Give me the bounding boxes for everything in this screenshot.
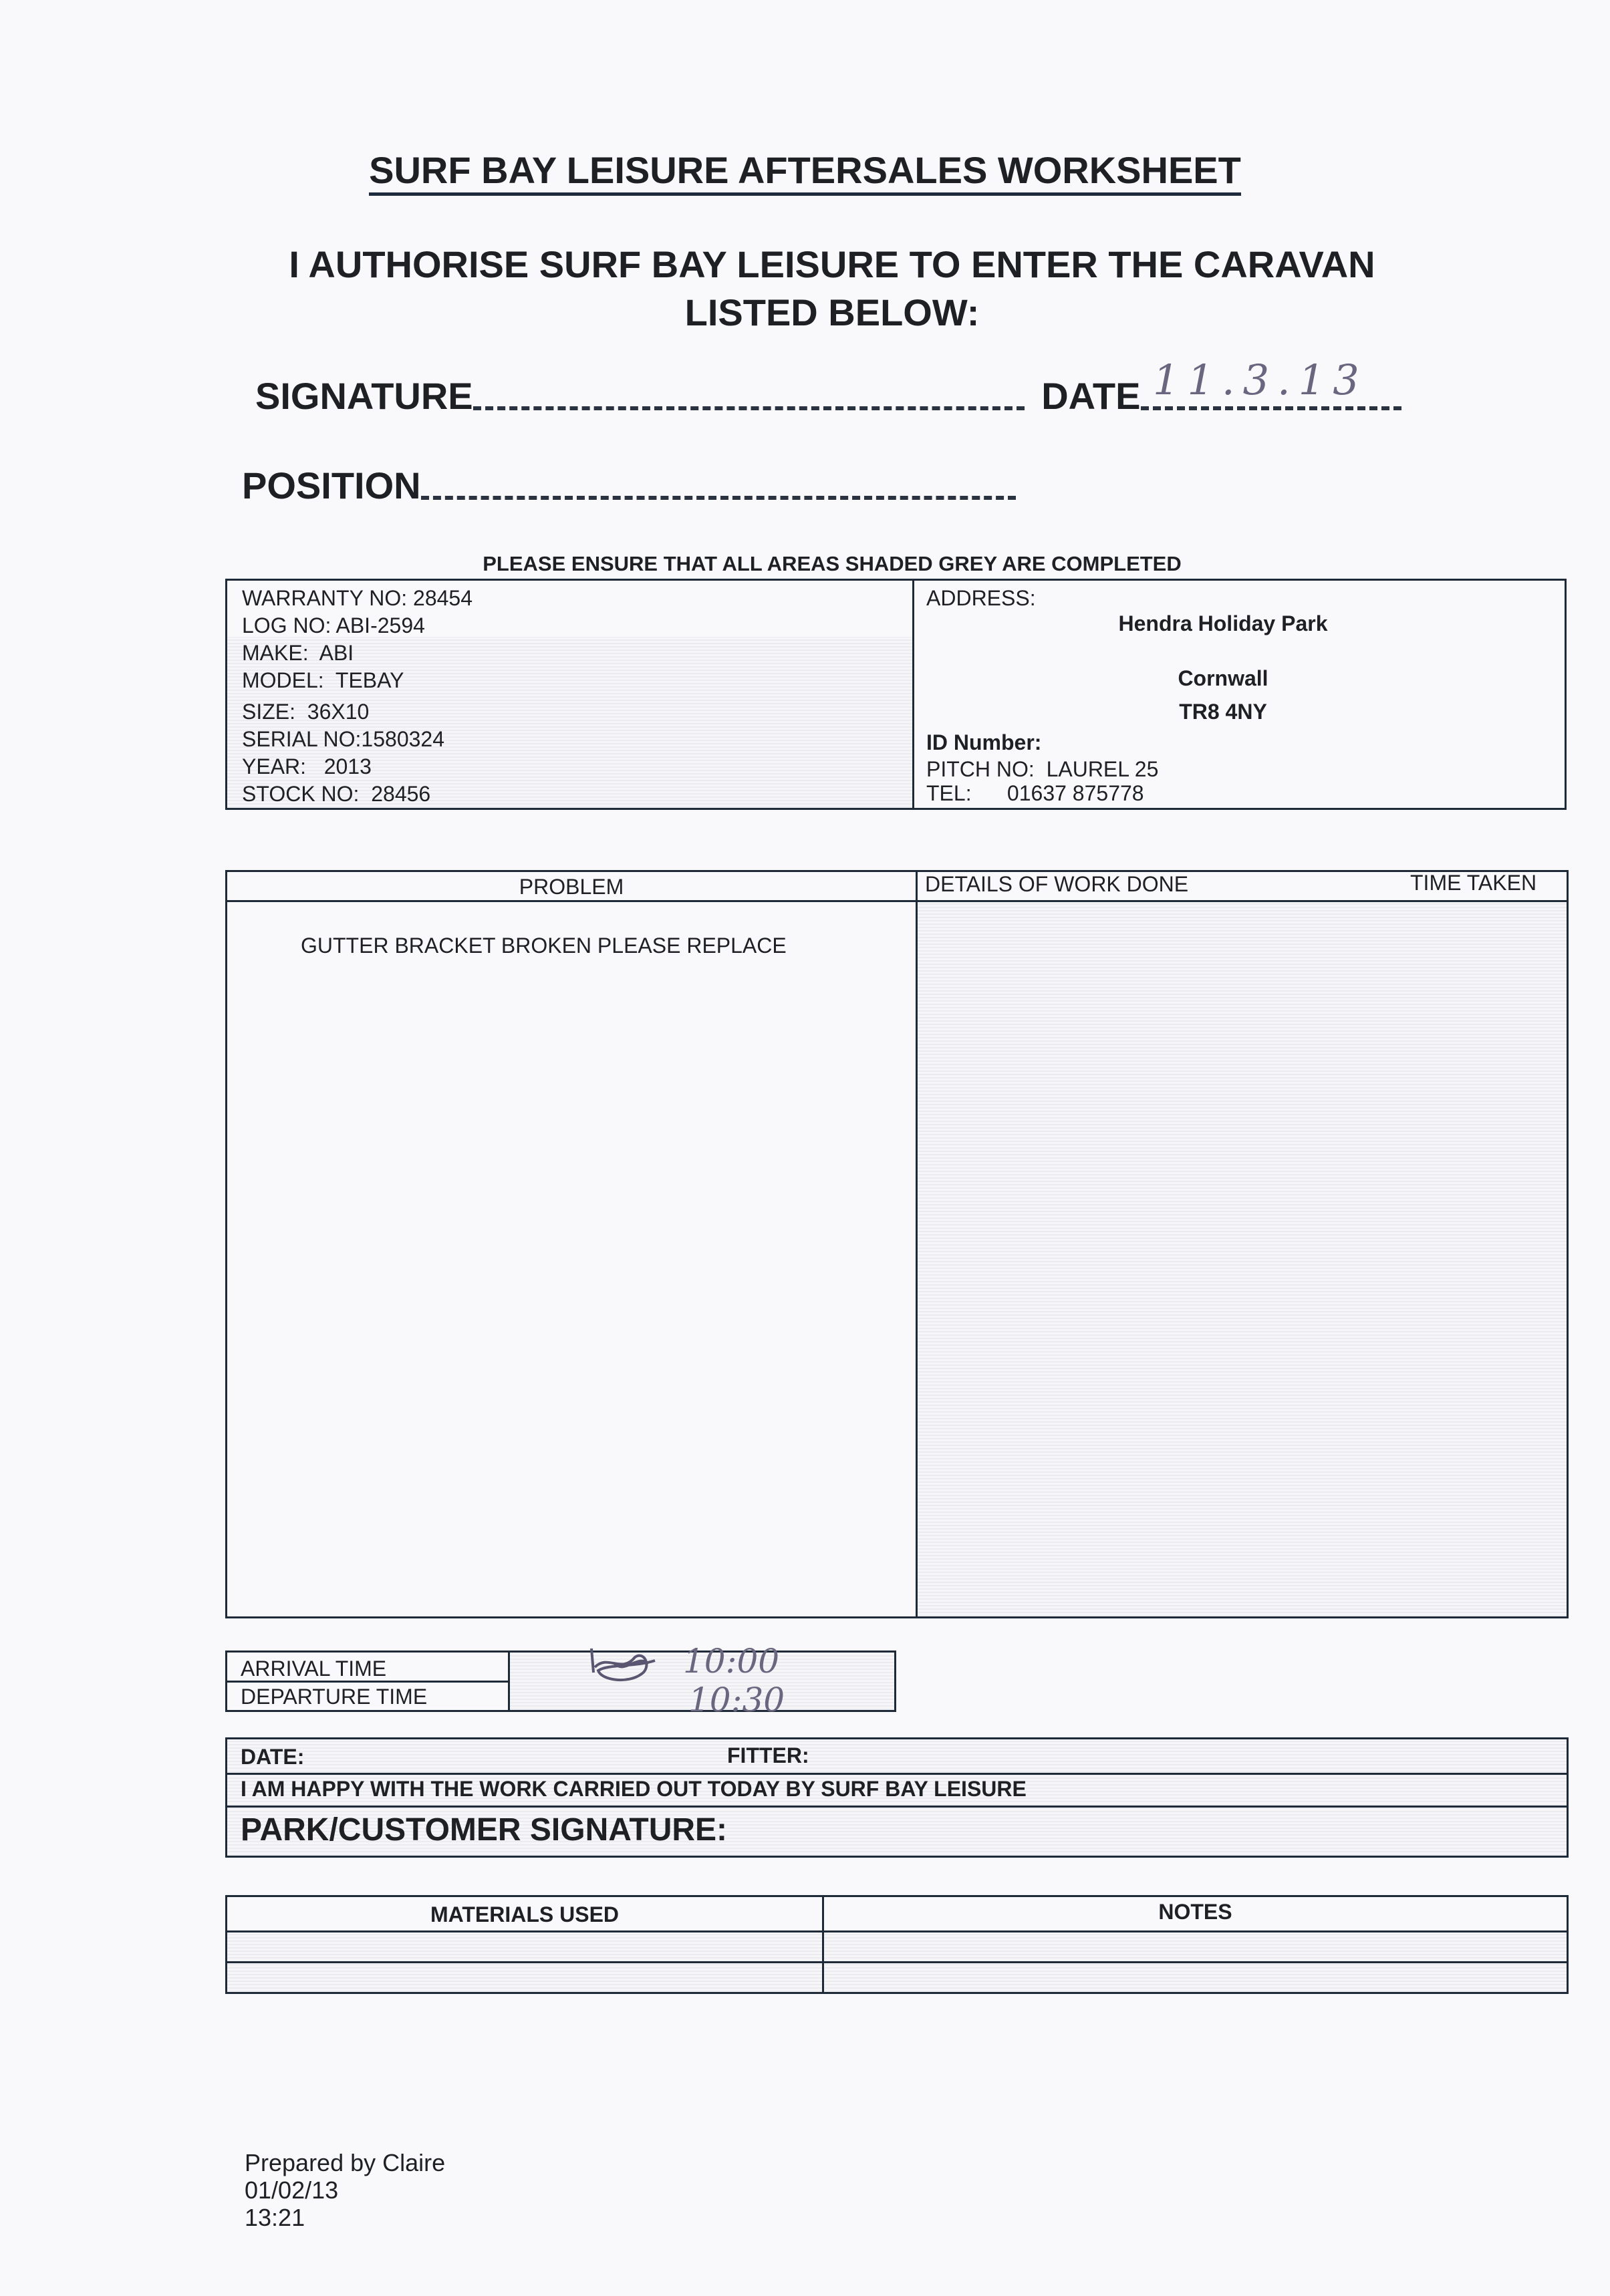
address-postcode: TR8 4NY [1089, 698, 1357, 726]
authorisation-line-1: I AUTHORISE SURF BAY LEISURE TO ENTER TH… [0, 241, 1610, 289]
size[interactable]: SIZE: 36X10 [242, 698, 473, 726]
satisfaction-statement: I AM HAPPY WITH THE WORK CARRIED OUT TOD… [241, 1775, 1027, 1803]
date-handwritten: 11.3.13 [1153, 355, 1367, 404]
notes-header: NOTES [824, 1898, 1567, 1926]
position-field[interactable] [421, 496, 1016, 500]
authorisation-line-2: LISTED BELOW: [0, 289, 1610, 337]
date-field[interactable] [1141, 406, 1401, 410]
problem-text: GUTTER BRACKET BROKEN PLEASE REPLACE [301, 932, 787, 960]
date-label: DATE [1041, 375, 1140, 417]
position-label: POSITION [242, 464, 421, 507]
divider [912, 581, 914, 808]
authorisation-statement: I AUTHORISE SURF BAY LEISURE TO ENTER TH… [0, 241, 1610, 337]
fitter-label[interactable]: FITTER: [727, 1742, 809, 1769]
materials-row-1[interactable] [230, 1933, 818, 1960]
signature-label: SIGNATURE [255, 375, 473, 417]
prepared-by: Prepared by Claire [245, 2149, 445, 2176]
caravan-details-box: WARRANTY NO: 28454 LOG NO: ABI-2594 MAKE… [225, 579, 1567, 810]
crossed-out-scribble [588, 1647, 662, 1681]
signoff-table: DATE: FITTER: I AM HAPPY WITH THE WORK C… [225, 1737, 1569, 1858]
notes-row-2[interactable] [826, 1964, 1561, 1991]
details-header: DETAILS OF WORK DONE [925, 871, 1188, 898]
arrival-time-value[interactable]: 10:00 [683, 1642, 779, 1681]
serial-no[interactable]: SERIAL NO:1580324 [242, 726, 473, 753]
signoff-date-label[interactable]: DATE: [241, 1743, 304, 1771]
prepared-date: 01/02/13 [245, 2176, 445, 2204]
prepared-time: 13:21 [245, 2204, 445, 2231]
warranty-no[interactable]: WARRANTY NO: 28454 [242, 585, 473, 612]
address-label: ADDRESS: [926, 585, 1036, 612]
work-table: PROBLEM DETAILS OF WORK DONE TIME TAKEN … [225, 870, 1569, 1618]
telephone[interactable]: TEL: 01637 875778 [926, 780, 1144, 807]
model[interactable]: MODEL: TEBAY [242, 667, 473, 694]
row-divider [227, 1773, 1567, 1775]
make[interactable]: MAKE: ABI [242, 639, 473, 667]
times-table: ARRIVAL TIME DEPARTURE TIME 10:00 10:30 [225, 1651, 896, 1712]
grey-areas-notice: PLEASE ENSURE THAT ALL AREAS SHADED GREY… [0, 552, 1610, 576]
materials-used-header: MATERIALS USED [227, 1901, 822, 1928]
row-divider [227, 1806, 1567, 1808]
problem-header: PROBLEM [227, 873, 916, 901]
departure-time-value[interactable]: 10:30 [688, 1681, 785, 1719]
arrival-time-label: ARRIVAL TIME [241, 1655, 386, 1683]
materials-row-2[interactable] [230, 1964, 818, 1991]
address-line-2: Cornwall [1089, 665, 1357, 692]
year[interactable]: YEAR: 2013 [242, 753, 473, 780]
signature-field[interactable] [473, 406, 1025, 410]
caravan-fields: WARRANTY NO: 28454 LOG NO: ABI-2594 MAKE… [242, 585, 473, 808]
notes-row-1[interactable] [826, 1933, 1561, 1960]
work-details-field[interactable] [918, 902, 1567, 1616]
id-number-label: ID Number: [926, 729, 1041, 756]
stock-no[interactable]: STOCK NO: 28456 [242, 780, 473, 808]
footer: Prepared by Claire 01/02/13 13:21 [245, 2149, 445, 2231]
materials-notes-table: MATERIALS USED NOTES [225, 1895, 1569, 1994]
position-row: POSITION [242, 464, 1016, 507]
log-no[interactable]: LOG NO: ABI-2594 [242, 612, 473, 639]
worksheet-title-text: SURF BAY LEISURE AFTERSALES WORKSHEET [369, 149, 1241, 196]
customer-signature-label[interactable]: PARK/CUSTOMER SIGNATURE: [241, 1812, 727, 1849]
time-taken-header: TIME TAKEN [1410, 869, 1536, 897]
address-line-1: Hendra Holiday Park [1089, 610, 1357, 637]
worksheet-title: SURF BAY LEISURE AFTERSALES WORKSHEET [0, 148, 1610, 192]
row-divider [227, 1930, 1567, 1932]
row-divider [227, 1961, 1567, 1963]
pitch-no[interactable]: PITCH NO: LAUREL 25 [926, 756, 1158, 783]
departure-time-label: DEPARTURE TIME [241, 1683, 427, 1711]
